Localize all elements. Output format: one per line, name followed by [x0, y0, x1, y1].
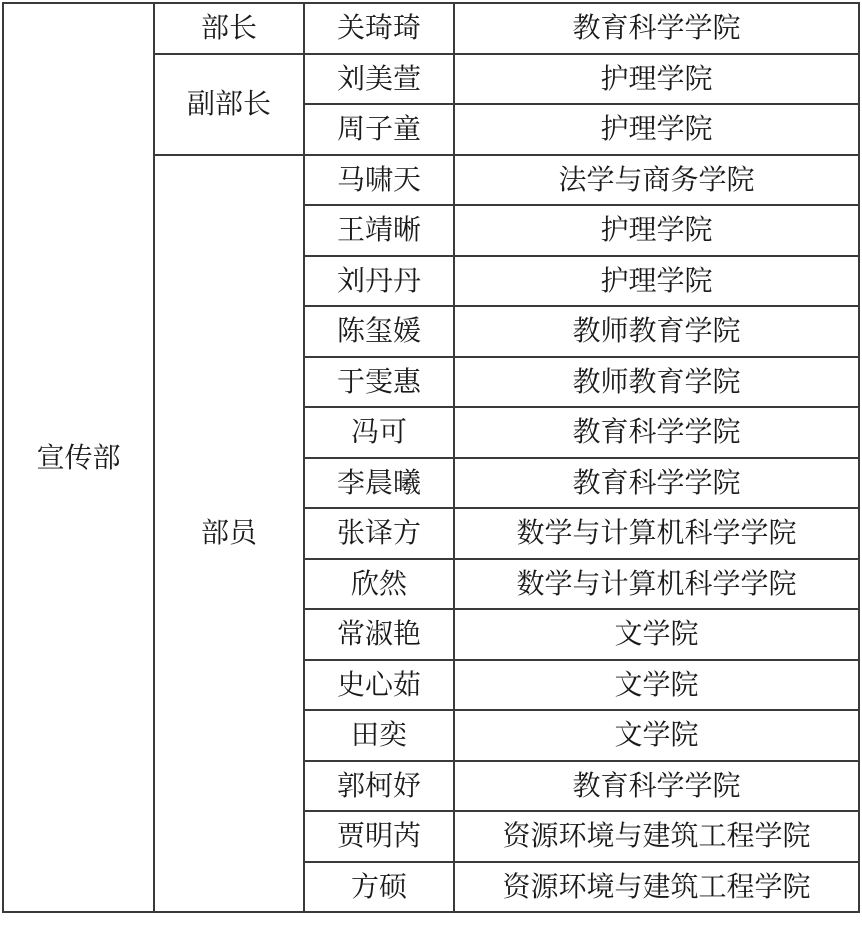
role-cell: 部员	[154, 155, 304, 913]
member-name-cell: 于雯惠	[304, 357, 454, 408]
member-name-cell: 关琦琦	[304, 3, 454, 54]
member-college-cell: 教育科学学院	[454, 761, 859, 812]
role-cell: 部长	[154, 3, 304, 54]
member-name-cell: 方硕	[304, 862, 454, 913]
member-college-cell: 数学与计算机科学学院	[454, 559, 859, 610]
member-college-cell: 资源环境与建筑工程学院	[454, 862, 859, 913]
member-college-cell: 法学与商务学院	[454, 155, 859, 206]
member-college-cell: 护理学院	[454, 54, 859, 105]
department-cell: 宣传部	[3, 3, 154, 912]
member-name-cell: 贾明芮	[304, 811, 454, 862]
department-roster-table: 宣传部 部长 关琦琦 教育科学学院 副部长 刘美萱 护理学院 周子童 护理学院 …	[2, 2, 860, 913]
member-college-cell: 教育科学学院	[454, 458, 859, 509]
member-college-cell: 文学院	[454, 609, 859, 660]
member-name-cell: 刘美萱	[304, 54, 454, 105]
member-name-cell: 王靖晰	[304, 205, 454, 256]
member-name-cell: 张译方	[304, 508, 454, 559]
member-name-cell: 陈玺媛	[304, 306, 454, 357]
member-college-cell: 教育科学学院	[454, 3, 859, 54]
member-name-cell: 李晨曦	[304, 458, 454, 509]
member-name-cell: 冯可	[304, 407, 454, 458]
member-college-cell: 护理学院	[454, 205, 859, 256]
member-college-cell: 教师教育学院	[454, 306, 859, 357]
member-name-cell: 欣然	[304, 559, 454, 610]
member-college-cell: 文学院	[454, 710, 859, 761]
member-name-cell: 史心茹	[304, 660, 454, 711]
member-college-cell: 教育科学学院	[454, 407, 859, 458]
member-college-cell: 文学院	[454, 660, 859, 711]
member-name-cell: 常淑艳	[304, 609, 454, 660]
member-name-cell: 田奕	[304, 710, 454, 761]
member-college-cell: 资源环境与建筑工程学院	[454, 811, 859, 862]
member-college-cell: 数学与计算机科学学院	[454, 508, 859, 559]
member-college-cell: 护理学院	[454, 256, 859, 307]
table-row: 宣传部 部长 关琦琦 教育科学学院	[3, 3, 859, 54]
member-college-cell: 护理学院	[454, 104, 859, 155]
member-name-cell: 马啸天	[304, 155, 454, 206]
member-name-cell: 郭柯妤	[304, 761, 454, 812]
member-college-cell: 教师教育学院	[454, 357, 859, 408]
role-cell: 副部长	[154, 54, 304, 155]
member-name-cell: 周子童	[304, 104, 454, 155]
member-name-cell: 刘丹丹	[304, 256, 454, 307]
